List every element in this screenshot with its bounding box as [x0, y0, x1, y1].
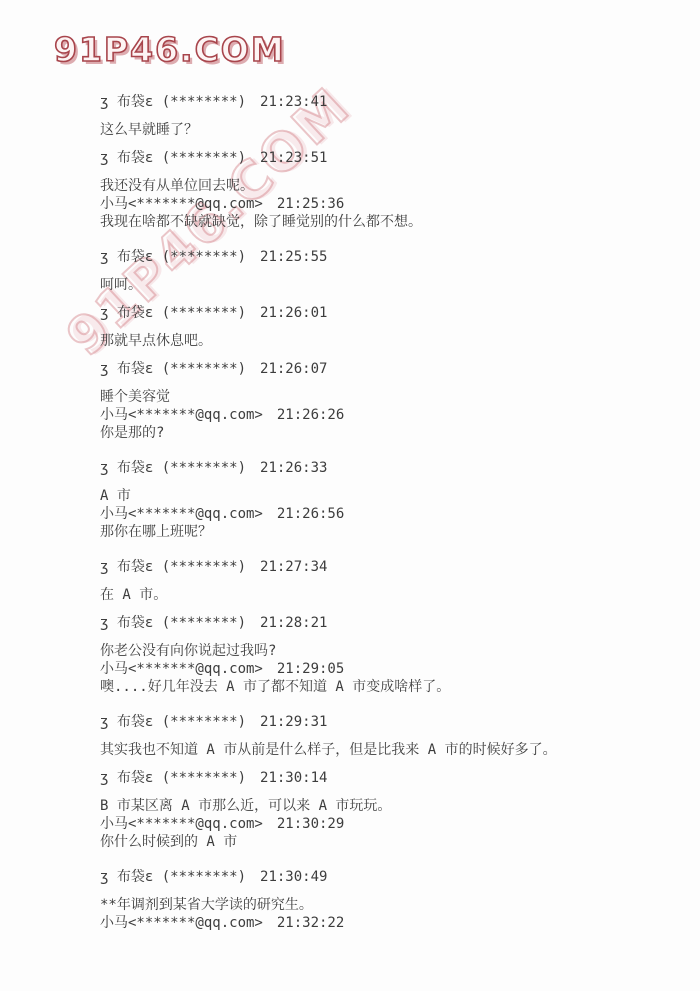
chat-transcript: ʒ 布袋ɛ (********)21:23:41 这么早就睡了？ ʒ 布袋ɛ (… — [100, 83, 600, 949]
message-text: 呵呵。 — [100, 276, 600, 294]
message-header: ʒ 布袋ɛ (********)21:30:14 — [100, 769, 600, 787]
message-text: **年调剂到某省大学读的研究生。 — [100, 896, 600, 914]
message-text: 你老公没有向你说起过我吗? — [100, 642, 600, 660]
message-text: 你是那的? — [100, 424, 600, 442]
message-header: ʒ 布袋ɛ (********)21:26:01 — [100, 304, 600, 322]
timestamp: 21:26:26 — [277, 407, 344, 423]
sender-name: ʒ 布袋ɛ (********) — [100, 770, 246, 786]
site-logo: 91P46.COM — [54, 30, 286, 69]
sender-name: ʒ 布袋ɛ (********) — [100, 615, 246, 631]
message-header: 小马<*******@qq.com>21:32:22 — [100, 914, 600, 932]
chat-message: ʒ 布袋ɛ (********)21:26:01 那就早点休息吧。 — [100, 304, 600, 350]
message-text: 睡个美容觉 — [100, 388, 600, 406]
chat-message: ʒ 布袋ɛ (********)21:28:21 你老公没有向你说起过我吗? — [100, 614, 600, 660]
sender-name: 小马<*******@qq.com> — [100, 661, 263, 677]
chat-message: 小马<*******@qq.com>21:26:56 那你在哪上班呢？ — [100, 505, 600, 541]
message-text: B 市某区离 A 市那么近，可以来 A 市玩玩。 — [100, 797, 600, 815]
timestamp: 21:26:33 — [260, 460, 327, 476]
timestamp: 21:30:29 — [277, 816, 344, 832]
message-header: 小马<*******@qq.com>21:25:36 — [100, 195, 600, 213]
chat-message: 小马<*******@qq.com>21:26:26 你是那的? — [100, 406, 600, 442]
chat-message: 小马<*******@qq.com>21:29:05 噢....好几年没去 A … — [100, 660, 600, 696]
timestamp: 21:30:49 — [260, 869, 327, 885]
timestamp: 21:26:07 — [260, 361, 327, 377]
chat-message: ʒ 布袋ɛ (********)21:29:31 其实我也不知道 A 市从前是什… — [100, 713, 600, 759]
message-text: A 市 — [100, 487, 600, 505]
message-text: 那你在哪上班呢？ — [100, 523, 600, 541]
chat-message: ʒ 布袋ɛ (********)21:26:07 睡个美容觉 — [100, 360, 600, 406]
sender-name: ʒ 布袋ɛ (********) — [100, 869, 246, 885]
timestamp: 21:29:05 — [277, 661, 344, 677]
message-header: ʒ 布袋ɛ (********)21:29:31 — [100, 713, 600, 731]
message-header: ʒ 布袋ɛ (********)21:23:41 — [100, 93, 600, 111]
sender-name: ʒ 布袋ɛ (********) — [100, 361, 246, 377]
message-text: 那就早点休息吧。 — [100, 332, 600, 350]
chat-message: 小马<*******@qq.com>21:30:29 你什么时候到的 A 市 — [100, 815, 600, 851]
chat-message: 小马<*******@qq.com>21:32:22 — [100, 914, 600, 932]
message-text: 这么早就睡了？ — [100, 121, 600, 139]
message-text: 在 A 市。 — [100, 586, 600, 604]
sender-name: ʒ 布袋ɛ (********) — [100, 150, 246, 166]
message-text: 噢....好几年没去 A 市了都不知道 A 市变成啥样了。 — [100, 678, 600, 696]
chat-message: ʒ 布袋ɛ (********)21:30:49 **年调剂到某省大学读的研究生… — [100, 868, 600, 914]
sender-name: ʒ 布袋ɛ (********) — [100, 460, 246, 476]
message-header: ʒ 布袋ɛ (********)21:23:51 — [100, 149, 600, 167]
timestamp: 21:32:22 — [277, 915, 344, 931]
message-header: ʒ 布袋ɛ (********)21:27:34 — [100, 558, 600, 576]
message-header: ʒ 布袋ɛ (********)21:26:07 — [100, 360, 600, 378]
timestamp: 21:26:01 — [260, 305, 327, 321]
message-header: ʒ 布袋ɛ (********)21:26:33 — [100, 459, 600, 477]
timestamp: 21:27:34 — [260, 559, 327, 575]
message-header: ʒ 布袋ɛ (********)21:28:21 — [100, 614, 600, 632]
timestamp: 21:23:41 — [260, 94, 327, 110]
sender-name: 小马<*******@qq.com> — [100, 196, 263, 212]
timestamp: 21:29:31 — [260, 714, 327, 730]
sender-name: 小马<*******@qq.com> — [100, 407, 263, 423]
sender-name: 小马<*******@qq.com> — [100, 506, 263, 522]
message-text: 其实我也不知道 A 市从前是什么样子，但是比我来 A 市的时候好多了。 — [100, 741, 600, 759]
message-text: 我还没有从单位回去呢。 — [100, 177, 600, 195]
document-page: 91P46.COM 91P46.COM ʒ 布袋ɛ (********)21:2… — [0, 0, 700, 991]
message-header: 小马<*******@qq.com>21:29:05 — [100, 660, 600, 678]
timestamp: 21:25:55 — [260, 249, 327, 265]
sender-name: 小马<*******@qq.com> — [100, 915, 263, 931]
chat-message: ʒ 布袋ɛ (********)21:23:41 这么早就睡了？ — [100, 93, 600, 139]
chat-message: ʒ 布袋ɛ (********)21:26:33 A 市 — [100, 459, 600, 505]
chat-message: ʒ 布袋ɛ (********)21:27:34 在 A 市。 — [100, 558, 600, 604]
timestamp: 21:28:21 — [260, 615, 327, 631]
timestamp: 21:23:51 — [260, 150, 327, 166]
sender-name: ʒ 布袋ɛ (********) — [100, 714, 246, 730]
chat-message: 小马<*******@qq.com>21:25:36 我现在啥都不缺就缺觉，除了… — [100, 195, 600, 231]
message-header: ʒ 布袋ɛ (********)21:30:49 — [100, 868, 600, 886]
message-header: 小马<*******@qq.com>21:26:56 — [100, 505, 600, 523]
message-header: 小马<*******@qq.com>21:30:29 — [100, 815, 600, 833]
sender-name: ʒ 布袋ɛ (********) — [100, 305, 246, 321]
timestamp: 21:30:14 — [260, 770, 327, 786]
sender-name: ʒ 布袋ɛ (********) — [100, 94, 246, 110]
sender-name: 小马<*******@qq.com> — [100, 816, 263, 832]
message-header: 小马<*******@qq.com>21:26:26 — [100, 406, 600, 424]
chat-message: ʒ 布袋ɛ (********)21:25:55 呵呵。 — [100, 248, 600, 294]
message-text: 我现在啥都不缺就缺觉，除了睡觉别的什么都不想。 — [100, 213, 600, 231]
timestamp: 21:26:56 — [277, 506, 344, 522]
chat-message: ʒ 布袋ɛ (********)21:30:14 B 市某区离 A 市那么近，可… — [100, 769, 600, 815]
sender-name: ʒ 布袋ɛ (********) — [100, 559, 246, 575]
timestamp: 21:25:36 — [277, 196, 344, 212]
message-header: ʒ 布袋ɛ (********)21:25:55 — [100, 248, 600, 266]
sender-name: ʒ 布袋ɛ (********) — [100, 249, 246, 265]
chat-message: ʒ 布袋ɛ (********)21:23:51 我还没有从单位回去呢。 — [100, 149, 600, 195]
message-text: 你什么时候到的 A 市 — [100, 833, 600, 851]
